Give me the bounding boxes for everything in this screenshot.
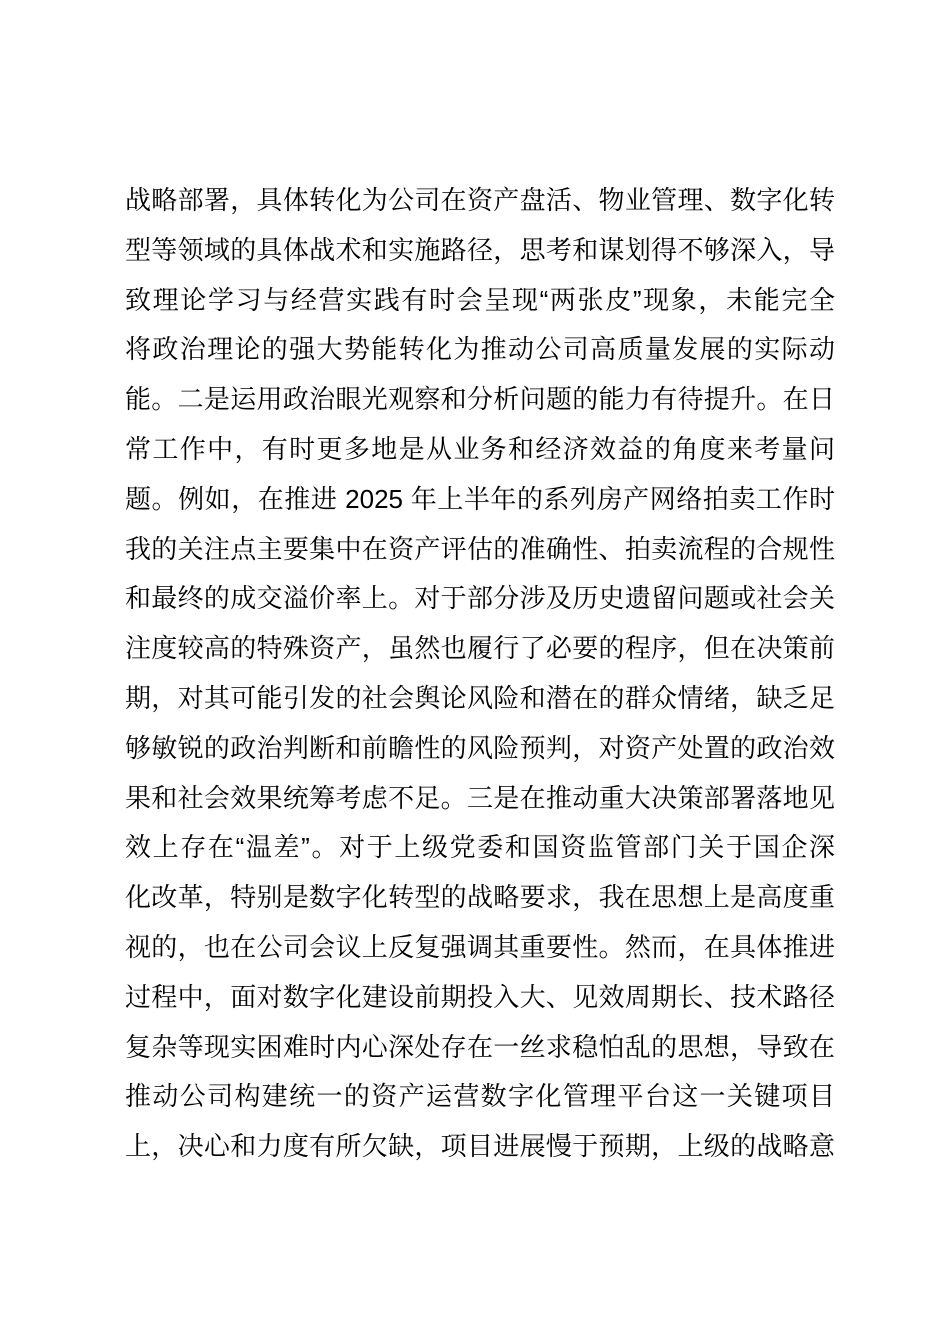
text-line: 复杂等现实困难时内心深处存在一丝求稳怕乱的思想，导致在 (125, 1023, 835, 1073)
text-line: 常工作中，有时更多地是从业务和经济效益的角度来考量问 (125, 425, 835, 475)
text-line: 致理论学习与经营实践有时会呈现“两张皮”现象，未能完全 (125, 276, 835, 326)
text-line: 型等领域的具体战术和实施路径，思考和谋划得不够深入，导 (125, 226, 835, 276)
text-line: 够敏锐的政治判断和前瞻性的风险预判，对资产处置的政治效 (125, 724, 835, 774)
text-line: 化改革，特别是数字化转型的战略要求，我在思想上是高度重 (125, 873, 835, 923)
text-line: 题。例如，在推进 2025 年上半年的系列房产网络拍卖工作时 (125, 475, 835, 525)
text-line: 我的关注点主要集中在资产评估的准确性、拍卖流程的合规性 (125, 525, 835, 575)
text-line: 推动公司构建统一的资产运营数字化管理平台这一关键项目 (125, 1072, 835, 1122)
text-line: 和最终的成交溢价率上。对于部分涉及历史遗留问题或社会关 (125, 574, 835, 624)
text-line: 上，决心和力度有所欠缺，项目进展慢于预期，上级的战略意 (125, 1122, 835, 1172)
document-body-text: 战略部署，具体转化为公司在资产盘活、物业管理、数字化转型等领域的具体战术和实施路… (125, 176, 835, 1172)
text-line: 果和社会效果统筹考虑不足。三是在推动重大决策部署落地见 (125, 774, 835, 824)
text-line: 效上存在“温差”。对于上级党委和国资监管部门关于国企深 (125, 823, 835, 873)
text-line: 战略部署，具体转化为公司在资产盘活、物业管理、数字化转 (125, 176, 835, 226)
text-line: 视的，也在公司会议上反复强调其重要性。然而，在具体推进 (125, 923, 835, 973)
text-line: 将政治理论的强大势能转化为推动公司高质量发展的实际动 (125, 325, 835, 375)
text-line: 期，对其可能引发的社会舆论风险和潜在的群众情绪，缺乏足 (125, 674, 835, 724)
text-line: 过程中，面对数字化建设前期投入大、见效周期长、技术路径 (125, 973, 835, 1023)
text-line: 能。二是运用政治眼光观察和分析问题的能力有待提升。在日 (125, 375, 835, 425)
document-page: 战略部署，具体转化为公司在资产盘活、物业管理、数字化转型等领域的具体战术和实施路… (0, 0, 950, 1344)
text-line: 注度较高的特殊资产，虽然也履行了必要的程序，但在决策前 (125, 624, 835, 674)
